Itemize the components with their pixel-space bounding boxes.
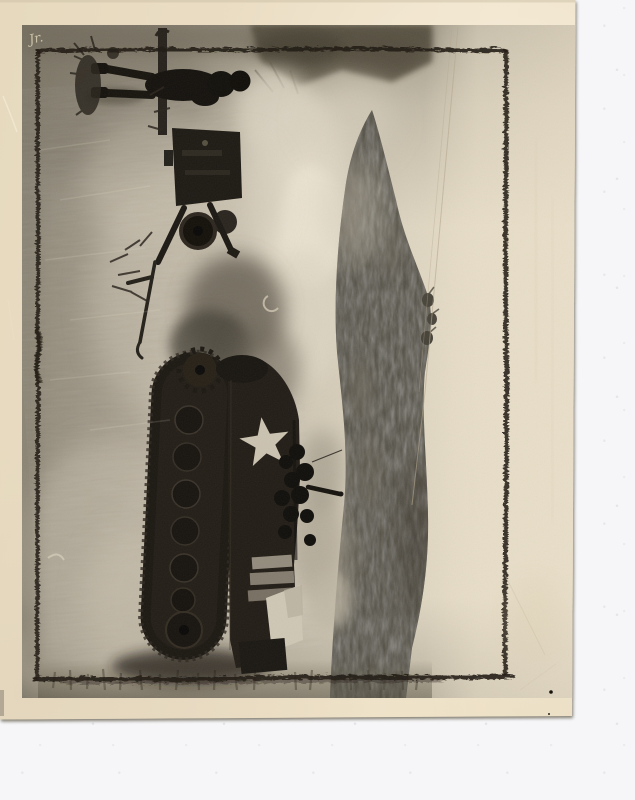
ink-fleck — [549, 690, 553, 694]
photograph: Jr. — [0, 0, 576, 721]
photo-print-shadow: Jr. — [0, 0, 576, 722]
photo-image — [0, 5, 575, 702]
photo-print: Jr. — [0, 0, 576, 721]
scanner-background: Jr. — [0, 0, 635, 800]
film-grain — [22, 25, 575, 698]
